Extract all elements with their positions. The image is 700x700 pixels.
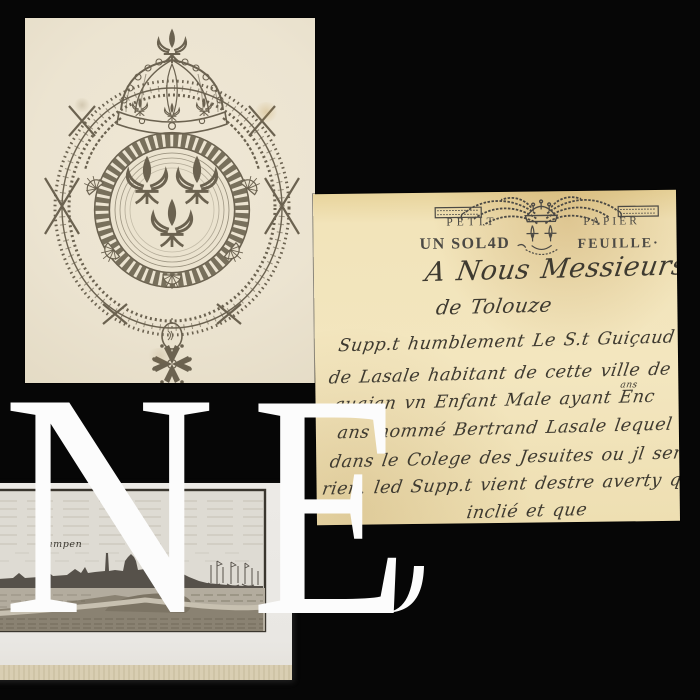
overlay-letter-e: E	[251, 329, 409, 683]
collage-stage: PETIT PAPIER UN SOL4D FEUILLE· A Nous Me…	[0, 0, 700, 700]
overlay-letter-n: N	[2, 328, 216, 682]
overlay-letters: N E	[0, 0, 700, 700]
